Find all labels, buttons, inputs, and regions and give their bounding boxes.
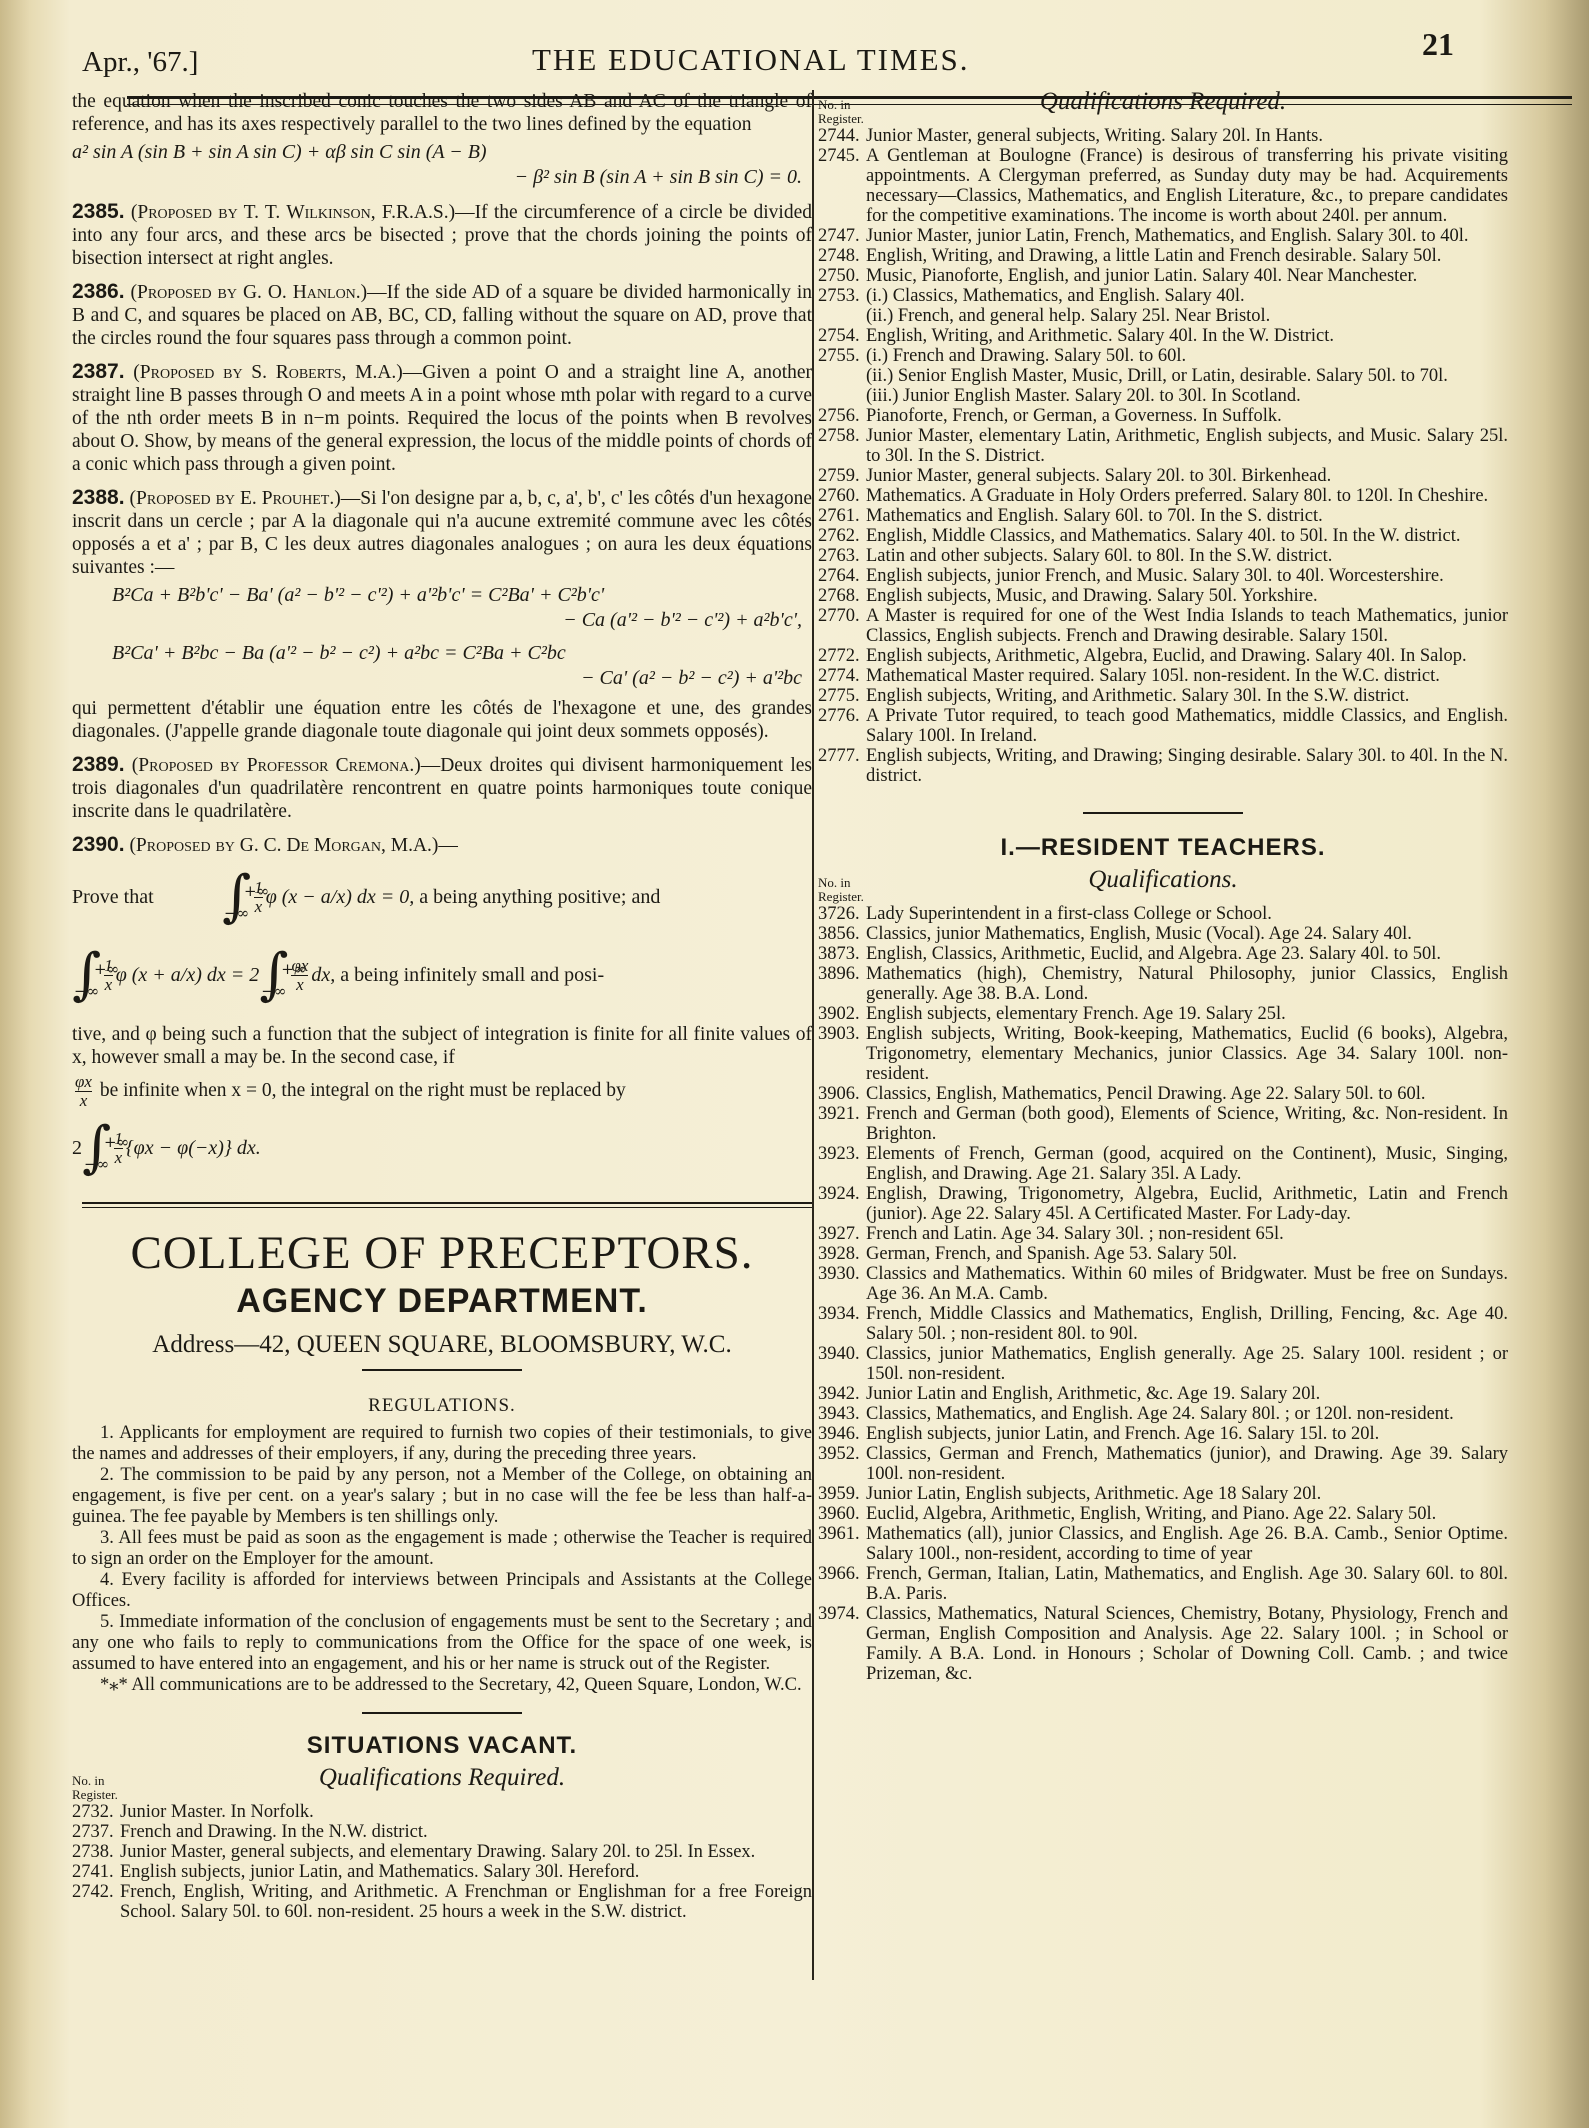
teacher-entry: 3856.Classics, junior Mathematics, Engli… xyxy=(818,924,1508,944)
short-rule xyxy=(362,1712,522,1714)
register-number: 3942. xyxy=(818,1384,866,1404)
entry-text: English, Drawing, Trigonometry, Algebra,… xyxy=(866,1184,1508,1224)
qualifications-label: Qualifications Required. xyxy=(818,88,1508,116)
register-number: 2761. xyxy=(818,506,866,526)
entry-text: Mathematics (all), junior Classics, and … xyxy=(866,1524,1508,1564)
register-number: 3961. xyxy=(818,1524,866,1564)
eq-line: − Ca' (a² − b² − c²) + a'²bc xyxy=(112,666,812,691)
register-number: 3946. xyxy=(818,1424,866,1444)
problem-proposer: (Proposed by G. O. Hanlon.) xyxy=(131,282,368,303)
entry-text: Euclid, Algebra, Arithmetic, English, Wr… xyxy=(866,1504,1508,1524)
entry-text: Classics, Mathematics, Natural Sciences,… xyxy=(866,1604,1508,1684)
entry-main-text: Elements of French, German (good, acquir… xyxy=(866,1144,1508,1184)
entry-main-text: Classics and Mathematics. Within 60 mile… xyxy=(866,1264,1508,1304)
entry-main-text: Mathematics. A Graduate in Holy Orders p… xyxy=(866,486,1508,506)
entry-main-text: Junior Master, general subjects, Writing… xyxy=(866,126,1508,146)
eq-line: − Ca (a'² − b'² − c'²) + a²b'c', xyxy=(112,608,812,633)
page-header: Apr., '67.] THE EDUCATIONAL TIMES. 21 xyxy=(82,26,1532,76)
entry-main-text: A Gentleman at Boulogne (France) is desi… xyxy=(866,146,1508,226)
integrand: dx, xyxy=(311,964,335,987)
register-number: 2741. xyxy=(72,1862,120,1882)
page-number: 21 xyxy=(1422,26,1454,63)
entry-text: English subjects, junior Latin, and Fren… xyxy=(866,1424,1508,1444)
newspaper-page: Apr., '67.] THE EDUCATIONAL TIMES. 21 th… xyxy=(0,0,1589,2128)
entry-text: Junior Master, general subjects. Salary … xyxy=(866,466,1508,486)
entry-text: (i.) Classics, Mathematics, and English.… xyxy=(866,286,1508,326)
vacancy-entry: 2754.English, Writing, and Arithmetic. S… xyxy=(818,326,1508,346)
teacher-entry: 3726.Lady Superintendent in a first-clas… xyxy=(818,904,1508,924)
vacancy-entry: 2761.Mathematics and English. Salary 60l… xyxy=(818,506,1508,526)
entry-text: Elements of French, German (good, acquir… xyxy=(866,1144,1508,1184)
entry-main-text: (i.) French and Drawing. Salary 50l. to … xyxy=(866,346,1508,366)
register-number: 2772. xyxy=(818,646,866,666)
vacancy-text: English subjects, junior Latin, and Math… xyxy=(120,1862,812,1882)
problem-2390-continuation-2: φxx be infinite when x = 0, the integral… xyxy=(72,1073,812,1110)
integral-sign: ∫+∞−∞ xyxy=(82,1120,111,1176)
register-number: 3903. xyxy=(818,1024,866,1084)
teacher-entry: 3974.Classics, Mathematics, Natural Scie… xyxy=(818,1604,1508,1684)
entry-main-text: English subjects, junior Latin, and Fren… xyxy=(866,1424,1508,1444)
vacancy-entry: 2756.Pianoforte, French, or German, a Go… xyxy=(818,406,1508,426)
entry-main-text: English subjects, Writing, and Drawing; … xyxy=(866,746,1508,786)
vacancy-text: French and Drawing. In the N.W. district… xyxy=(120,1822,812,1842)
teacher-entry: 3934.French, Middle Classics and Mathema… xyxy=(818,1304,1508,1344)
register-number: 2756. xyxy=(818,406,866,426)
problem-number: 2387. xyxy=(72,360,125,383)
register-number: 2763. xyxy=(818,546,866,566)
problem-number: 2389. xyxy=(72,753,125,776)
entry-sub-text: (iii.) Junior English Master. Salary 20l… xyxy=(866,386,1508,406)
qualifications-label: Qualifications. xyxy=(818,866,1508,894)
teacher-entry: 3940.Classics, junior Mathematics, Engli… xyxy=(818,1344,1508,1384)
register-number: 3896. xyxy=(818,964,866,1004)
vacancy-entry: 2745.A Gentleman at Boulogne (France) is… xyxy=(818,146,1508,226)
column-header: No. in Register. Qualifications. xyxy=(818,864,1508,904)
teacher-entry: 3942.Junior Latin and English, Arithmeti… xyxy=(818,1384,1508,1404)
problem-2386: 2386. (Proposed by G. O. Hanlon.)—If the… xyxy=(72,280,812,350)
intro-equation: a² sin A (sin B + sin A sin C) + αβ sin … xyxy=(72,140,812,190)
integral-3: 2 ∫+∞−∞ 1x {φx − φ(−x)} dx. xyxy=(72,1120,812,1176)
entry-text: A Gentleman at Boulogne (France) is desi… xyxy=(866,146,1508,226)
entry-text: Classics, junior Mathematics, English ge… xyxy=(866,1344,1508,1384)
entry-text: English subjects, Writing, and Arithmeti… xyxy=(866,686,1508,706)
entry-text: Junior Master, general subjects, Writing… xyxy=(866,126,1508,146)
teacher-entry: 3946.English subjects, junior Latin, and… xyxy=(818,1424,1508,1444)
teacher-entry: 3927.French and Latin. Age 34. Salary 30… xyxy=(818,1224,1508,1244)
problem-proposer: (Proposed by T. T. Wilkinson, F.R.A.S.) xyxy=(131,202,455,223)
integral-sign: ∫+∞−∞ xyxy=(259,947,288,1003)
entry-main-text: English subjects, junior French, and Mus… xyxy=(866,566,1508,586)
register-number: 2758. xyxy=(818,426,866,466)
teacher-entry: 3924.English, Drawing, Trigonometry, Alg… xyxy=(818,1184,1508,1224)
integrand: {φx − φ(−x)} dx. xyxy=(126,1137,261,1160)
regulation-item: 1. Applicants for employment are require… xyxy=(72,1423,812,1465)
teacher-entry: 3906.Classics, English, Mathematics, Pen… xyxy=(818,1084,1508,1104)
teacher-entry: 3930.Classics and Mathematics. Within 60… xyxy=(818,1264,1508,1304)
vacancy-entry: 2753.(i.) Classics, Mathematics, and Eng… xyxy=(818,286,1508,326)
teacher-entry: 3961.Mathematics (all), junior Classics,… xyxy=(818,1524,1508,1564)
entry-main-text: Classics, junior Mathematics, English, M… xyxy=(866,924,1508,944)
short-rule xyxy=(362,1369,522,1371)
vacancy-entry: 2770.A Master is required for one of the… xyxy=(818,606,1508,646)
teacher-entry: 3902.English subjects, elementary French… xyxy=(818,1004,1508,1024)
entry-main-text: Classics, Mathematics, and English. Age … xyxy=(866,1404,1508,1424)
vacancy-entry: 2764.English subjects, junior French, an… xyxy=(818,566,1508,586)
problem-proposer: (Proposed by E. Prouhet.) xyxy=(130,488,341,509)
entry-text: Latin and other subjects. Salary 60l. to… xyxy=(866,546,1508,566)
entry-text: English, Writing, and Arithmetic. Salary… xyxy=(866,326,1508,346)
entry-text: Mathematics. A Graduate in Holy Orders p… xyxy=(866,486,1508,506)
problem-number: 2385. xyxy=(72,200,125,223)
teacher-entry: 3952.Classics, German and French, Mathem… xyxy=(818,1444,1508,1484)
vacancy-text: Junior Master. In Norfolk. xyxy=(120,1802,812,1822)
register-number: 2762. xyxy=(818,526,866,546)
register-number: 2760. xyxy=(818,486,866,506)
entry-main-text: A Master is required for one of the West… xyxy=(866,606,1508,646)
register-number: 3943. xyxy=(818,1404,866,1424)
entry-text: English subjects, junior French, and Mus… xyxy=(866,566,1508,586)
entry-text: English subjects, Writing, Book-keeping,… xyxy=(866,1024,1508,1084)
register-number: 3927. xyxy=(818,1224,866,1244)
issue-date: Apr., '67.] xyxy=(82,46,198,79)
vacancy-entry: 2763.Latin and other subjects. Salary 60… xyxy=(818,546,1508,566)
right-column: No. in Register. Qualifications Required… xyxy=(818,86,1508,1684)
entry-main-text: English subjects, Writing, and Arithmeti… xyxy=(866,686,1508,706)
vacancy-entry: 2732.Junior Master. In Norfolk. xyxy=(72,1802,812,1822)
agency-title: AGENCY DEPARTMENT. xyxy=(72,1282,812,1321)
vacancy-entry: 2755.(i.) French and Drawing. Salary 50l… xyxy=(818,346,1508,406)
entry-text: (i.) French and Drawing. Salary 50l. to … xyxy=(866,346,1508,406)
problem-2387: 2387. (Proposed by S. Roberts, M.A.)—Giv… xyxy=(72,360,812,476)
left-column: the equation when the inscribed conic to… xyxy=(72,90,812,1922)
entry-text: Junior Latin, English subjects, Arithmet… xyxy=(866,1484,1508,1504)
entry-text: A Master is required for one of the West… xyxy=(866,606,1508,646)
lower-limit: −∞ xyxy=(224,885,249,941)
regulation-item: 3. All fees must be paid as soon as the … xyxy=(72,1528,812,1570)
register-number: 2774. xyxy=(818,666,866,686)
register-number: 2775. xyxy=(818,686,866,706)
vacancy-entry: 2774.Mathematical Master required. Salar… xyxy=(818,666,1508,686)
entry-main-text: Lady Superintendent in a first-class Col… xyxy=(866,904,1508,924)
entry-text: Music, Pianoforte, English, and junior L… xyxy=(866,266,1508,286)
entry-main-text: Mathematical Master required. Salary 105… xyxy=(866,666,1508,686)
agency-address: Address—42, QUEEN SQUARE, BLOOMSBURY, W.… xyxy=(72,1331,812,1359)
entry-main-text: Junior Master, elementary Latin, Arithme… xyxy=(866,426,1508,466)
entry-text: Classics, German and French, Mathematics… xyxy=(866,1444,1508,1484)
integral-sign: ∫+∞−∞ xyxy=(72,947,101,1003)
register-number: 2750. xyxy=(818,266,866,286)
entry-main-text: (i.) Classics, Mathematics, and English.… xyxy=(866,286,1508,306)
teacher-entry: 3903.English subjects, Writing, Book-kee… xyxy=(818,1024,1508,1084)
entry-text: Classics, English, Mathematics, Pencil D… xyxy=(866,1084,1508,1104)
entry-main-text: Latin and other subjects. Salary 60l. to… xyxy=(866,546,1508,566)
entry-text: English, Writing, and Drawing, a little … xyxy=(866,246,1508,266)
entry-main-text: German, French, and Spanish. Age 53. Sal… xyxy=(866,1244,1508,1264)
problem-2388: 2388. (Proposed by E. Prouhet.)—Si l'on … xyxy=(72,486,812,579)
problem-2389: 2389. (Proposed by Professor Cremona.)—D… xyxy=(72,753,812,823)
vacancy-entry: 2772.English subjects, Arithmetic, Algeb… xyxy=(818,646,1508,666)
problem-2388-continuation: qui permettent d'établir une équation en… xyxy=(72,697,812,743)
vacancy-entry: 2768.English subjects, Music, and Drawin… xyxy=(818,586,1508,606)
entry-text: Classics and Mathematics. Within 60 mile… xyxy=(866,1264,1508,1304)
register-number: 2768. xyxy=(818,586,866,606)
teacher-entry: 3896.Mathematics (high), Chemistry, Natu… xyxy=(818,964,1508,1004)
entry-main-text: English, Writing, and Arithmetic. Salary… xyxy=(866,326,1508,346)
entry-main-text: English, Writing, and Drawing, a little … xyxy=(866,246,1508,266)
entry-main-text: English subjects, Writing, Book-keeping,… xyxy=(866,1024,1508,1084)
column-header: No. in Register. Qualifications Required… xyxy=(72,1762,812,1802)
vacancy-entry: 2775.English subjects, Writing, and Arit… xyxy=(818,686,1508,706)
entry-text: A Private Tutor required, to teach good … xyxy=(866,706,1508,746)
integral-1: Prove that ∫+∞−∞ 1x φ (x − a/x) dx = 0, … xyxy=(72,869,812,925)
entry-main-text: French and German (both good), Elements … xyxy=(866,1104,1508,1144)
entry-main-text: French and Latin. Age 34. Salary 30l. ; … xyxy=(866,1224,1508,1244)
problem-proposer: (Proposed by G. C. De Morgan, M.A.) xyxy=(129,835,438,856)
entry-main-text: A Private Tutor required, to teach good … xyxy=(866,706,1508,746)
teacher-entry: 3921.French and German (both good), Elem… xyxy=(818,1104,1508,1144)
vacancy-entry: 2776.A Private Tutor required, to teach … xyxy=(818,706,1508,746)
entry-main-text: Classics, German and French, Mathematics… xyxy=(866,1444,1508,1484)
register-number: 2744. xyxy=(818,126,866,146)
register-number: 2745. xyxy=(818,146,866,226)
prove-label: Prove that xyxy=(72,886,222,909)
entry-main-text: Classics, junior Mathematics, English ge… xyxy=(866,1344,1508,1384)
entry-text: Junior Latin and English, Arithmetic, &c… xyxy=(866,1384,1508,1404)
entry-text: English subjects, Arithmetic, Algebra, E… xyxy=(866,646,1508,666)
vacancy-entry: 2747.Junior Master, junior Latin, French… xyxy=(818,226,1508,246)
problem-proposer: (Proposed by Professor Cremona.) xyxy=(132,755,421,776)
entry-main-text: French, German, Italian, Latin, Mathemat… xyxy=(866,1564,1508,1604)
column-header: No. in Register. Qualifications Required… xyxy=(818,86,1508,126)
entry-text: English, Middle Classics, and Mathematic… xyxy=(866,526,1508,546)
qualifications-label: Qualifications Required. xyxy=(72,1764,812,1792)
teacher-entry: 3959.Junior Latin, English subjects, Ari… xyxy=(818,1484,1508,1504)
teacher-entry: 3873.English, Classics, Arithmetic, Eucl… xyxy=(818,944,1508,964)
register-number: 3906. xyxy=(818,1084,866,1104)
register-number: 3873. xyxy=(818,944,866,964)
teacher-entry: 3943.Classics, Mathematics, and English.… xyxy=(818,1404,1508,1424)
integral-sign: ∫+∞−∞ xyxy=(222,869,251,925)
problem-intro: the equation when the inscribed conic to… xyxy=(72,90,812,136)
entry-sub-text: (ii.) Senior English Master, Music, Dril… xyxy=(866,366,1508,386)
vacancy-entry: 2762.English, Middle Classics, and Mathe… xyxy=(818,526,1508,546)
register-number: 2770. xyxy=(818,606,866,646)
vacancy-text: French, English, Writing, and Arithmetic… xyxy=(120,1882,812,1922)
register-number: 2738. xyxy=(72,1842,120,1862)
entry-text: English subjects, Music, and Drawing. Sa… xyxy=(866,586,1508,606)
entry-main-text: Classics, English, Mathematics, Pencil D… xyxy=(866,1084,1508,1104)
college-title: COLLEGE OF PRECEPTORS. xyxy=(72,1226,812,1280)
problem-proposer: (Proposed by S. Roberts, M.A.) xyxy=(133,362,403,383)
continuation-text: be infinite when x = 0, the integral on … xyxy=(100,1080,626,1101)
problem-number: 2390. xyxy=(72,833,125,856)
register-number: 2755. xyxy=(818,346,866,406)
entry-text: Classics, junior Mathematics, English, M… xyxy=(866,924,1508,944)
entry-text: French, German, Italian, Latin, Mathemat… xyxy=(866,1564,1508,1604)
problem-number: 2386. xyxy=(72,280,125,303)
regulation-item: 4. Every facility is afforded for interv… xyxy=(72,1570,812,1612)
short-rule xyxy=(1083,812,1243,814)
vacancy-list-right: 2744.Junior Master, general subjects, Wr… xyxy=(818,126,1508,786)
register-number: 3952. xyxy=(818,1444,866,1484)
teacher-entry: 3960.Euclid, Algebra, Arithmetic, Englis… xyxy=(818,1504,1508,1524)
register-number: 2776. xyxy=(818,706,866,746)
entry-main-text: English subjects, Arithmetic, Algebra, E… xyxy=(866,646,1508,666)
regulation-item: 2. The commission to be paid by any pers… xyxy=(72,1465,812,1528)
entry-text: French, Middle Classics and Mathematics,… xyxy=(866,1304,1508,1344)
vacancy-entry: 2758.Junior Master, elementary Latin, Ar… xyxy=(818,426,1508,466)
lower-limit: −∞ xyxy=(261,963,286,1019)
register-number: 3928. xyxy=(818,1244,866,1264)
integrand: φ (x − a/x) dx = 0, xyxy=(266,886,415,909)
register-number: 3856. xyxy=(818,924,866,944)
vacancy-entry: 2744.Junior Master, general subjects, Wr… xyxy=(818,126,1508,146)
entry-main-text: Mathematics (high), Chemistry, Natural P… xyxy=(866,964,1508,1004)
register-number: 3930. xyxy=(818,1264,866,1304)
entry-main-text: Junior Master, general subjects. Salary … xyxy=(866,466,1508,486)
vacancy-entry: 2750.Music, Pianoforte, English, and jun… xyxy=(818,266,1508,286)
situations-vacant-title: SITUATIONS VACANT. xyxy=(72,1732,812,1760)
problem-2390-continuation: tive, and φ being such a function that t… xyxy=(72,1023,812,1069)
column-divider xyxy=(812,90,814,1980)
entry-main-text: Mathematics and English. Salary 60l. to … xyxy=(866,506,1508,526)
vacancy-entry: 2738.Junior Master, general subjects, an… xyxy=(72,1842,812,1862)
entry-main-text: French, Middle Classics and Mathematics,… xyxy=(866,1304,1508,1344)
entry-text: Classics, Mathematics, and English. Age … xyxy=(866,1404,1508,1424)
register-number: 3934. xyxy=(818,1304,866,1344)
register-number: 3974. xyxy=(818,1604,866,1684)
register-number: 3959. xyxy=(818,1484,866,1504)
entry-text: English subjects, Writing, and Drawing; … xyxy=(866,746,1508,786)
entry-text: German, French, and Spanish. Age 53. Sal… xyxy=(866,1244,1508,1264)
vacancy-entry: 2759.Junior Master, general subjects. Sa… xyxy=(818,466,1508,486)
register-number: 3902. xyxy=(818,1004,866,1024)
entry-text: Mathematics and English. Salary 60l. to … xyxy=(866,506,1508,526)
entry-text: Junior Master, elementary Latin, Arithme… xyxy=(866,426,1508,466)
vacancy-entry: 2737.French and Drawing. In the N.W. dis… xyxy=(72,1822,812,1842)
entry-text: Pianoforte, French, or German, a Governe… xyxy=(866,406,1508,426)
vacancy-entry: 2777.English subjects, Writing, and Draw… xyxy=(818,746,1508,786)
integral-note: a being infinitely small and posi- xyxy=(340,964,604,987)
entry-main-text: Junior Latin, English subjects, Arithmet… xyxy=(866,1484,1508,1504)
register-number: 2737. xyxy=(72,1822,120,1842)
entry-main-text: Mathematics (all), junior Classics, and … xyxy=(866,1524,1508,1564)
teacher-entry: 3928.German, French, and Spanish. Age 53… xyxy=(818,1244,1508,1264)
register-number: 2732. xyxy=(72,1802,120,1822)
teacher-list: 3726.Lady Superintendent in a first-clas… xyxy=(818,904,1508,1684)
problem-text: — xyxy=(438,835,458,856)
regulation-item: 5. Immediate information of the conclusi… xyxy=(72,1612,812,1675)
entry-main-text: English, Middle Classics, and Mathematic… xyxy=(866,526,1508,546)
register-number: 2748. xyxy=(818,246,866,266)
entry-text: French and Latin. Age 34. Salary 30l. ; … xyxy=(866,1224,1508,1244)
register-number: 2742. xyxy=(72,1882,120,1922)
eq-line: a² sin A (sin B + sin A sin C) + αβ sin … xyxy=(72,140,812,165)
entry-main-text: Music, Pianoforte, English, and junior L… xyxy=(866,266,1508,286)
entry-text: Junior Master, junior Latin, French, Mat… xyxy=(866,226,1508,246)
entry-text: French and German (both good), Elements … xyxy=(866,1104,1508,1144)
entry-main-text: English subjects, Music, and Drawing. Sa… xyxy=(866,586,1508,606)
integral-note: a being anything positive; and xyxy=(419,886,660,909)
register-number: 3940. xyxy=(818,1344,866,1384)
problem-2390: 2390. (Proposed by G. C. De Morgan, M.A.… xyxy=(72,833,812,857)
vacancy-text: Junior Master, general subjects, and ele… xyxy=(120,1842,812,1862)
entry-main-text: English, Drawing, Trigonometry, Algebra,… xyxy=(866,1184,1508,1224)
register-number: 2753. xyxy=(818,286,866,326)
teacher-entry: 3966.French, German, Italian, Latin, Mat… xyxy=(818,1564,1508,1604)
register-number: 2747. xyxy=(818,226,866,246)
entry-main-text: Classics, Mathematics, Natural Sciences,… xyxy=(866,1604,1508,1684)
entry-sub-text: (ii.) French, and general help. Salary 2… xyxy=(866,306,1508,326)
register-number: 2777. xyxy=(818,746,866,786)
regulation-note: *⁎* All communications are to be address… xyxy=(72,1675,812,1696)
teacher-entry: 3923.Elements of French, German (good, a… xyxy=(818,1144,1508,1184)
register-number: 2754. xyxy=(818,326,866,346)
fraction-phix-over-x: φxx xyxy=(75,1073,92,1110)
register-number: 3960. xyxy=(818,1504,866,1524)
register-number: 2764. xyxy=(818,566,866,586)
lower-limit: −∞ xyxy=(74,963,99,1019)
register-number: 3923. xyxy=(818,1144,866,1184)
register-number: 3726. xyxy=(818,904,866,924)
vacancy-entry: 2742.French, English, Writing, and Arith… xyxy=(72,1882,812,1922)
lower-limit: −∞ xyxy=(84,1136,109,1192)
eq-line: B²Ca' + B²bc − Ba (a'² − b² − c²) + a²bc… xyxy=(112,641,812,666)
entry-text: English subjects, elementary French. Age… xyxy=(866,1004,1508,1024)
publication-title: THE EDUCATIONAL TIMES. xyxy=(532,42,970,78)
entry-main-text: Euclid, Algebra, Arithmetic, English, Wr… xyxy=(866,1504,1508,1524)
entry-text: English, Classics, Arithmetic, Euclid, a… xyxy=(866,944,1508,964)
entry-main-text: Junior Master, junior Latin, French, Mat… xyxy=(866,226,1508,246)
vacancy-entry: 2748.English, Writing, and Drawing, a li… xyxy=(818,246,1508,266)
vacancy-entry: 2741.English subjects, junior Latin, and… xyxy=(72,1862,812,1882)
entry-main-text: Pianoforte, French, or German, a Governe… xyxy=(866,406,1508,426)
eq-line: − β² sin B (sin A + sin B sin C) = 0. xyxy=(72,165,812,190)
register-number: 3921. xyxy=(818,1104,866,1144)
register-number: 3966. xyxy=(818,1564,866,1604)
entry-main-text: Junior Latin and English, Arithmetic, &c… xyxy=(866,1384,1508,1404)
entry-text: Lady Superintendent in a first-class Col… xyxy=(866,904,1508,924)
entry-text: Mathematical Master required. Salary 105… xyxy=(866,666,1508,686)
regulations-heading: REGULATIONS. xyxy=(72,1395,812,1417)
entry-main-text: English, Classics, Arithmetic, Euclid, a… xyxy=(866,944,1508,964)
eq-line: B²Ca + B²b'c' − Ba' (a² − b'² − c'²) + a… xyxy=(112,583,812,608)
resident-teachers-title: I.—RESIDENT TEACHERS. xyxy=(818,834,1508,862)
section-separator xyxy=(82,1202,812,1208)
entry-main-text: English subjects, elementary French. Age… xyxy=(866,1004,1508,1024)
vacancy-entry: 2760.Mathematics. A Graduate in Holy Ord… xyxy=(818,486,1508,506)
vacancy-list-left: 2732.Junior Master. In Norfolk. 2737.Fre… xyxy=(72,1802,812,1922)
register-number: 3924. xyxy=(818,1184,866,1224)
integral-2: ∫+∞−∞ 1x φ (x + a/x) dx = 2 ∫+∞−∞ φxx dx… xyxy=(72,947,812,1003)
entry-text: Mathematics (high), Chemistry, Natural P… xyxy=(866,964,1508,1004)
problem-number: 2388. xyxy=(72,486,125,509)
integrand: φ (x + a/x) dx = 2 xyxy=(116,964,260,987)
register-number: 2759. xyxy=(818,466,866,486)
equations-2388: B²Ca + B²b'c' − Ba' (a² − b'² − c'²) + a… xyxy=(112,583,812,691)
problem-2385: 2385. (Proposed by T. T. Wilkinson, F.R.… xyxy=(72,200,812,270)
